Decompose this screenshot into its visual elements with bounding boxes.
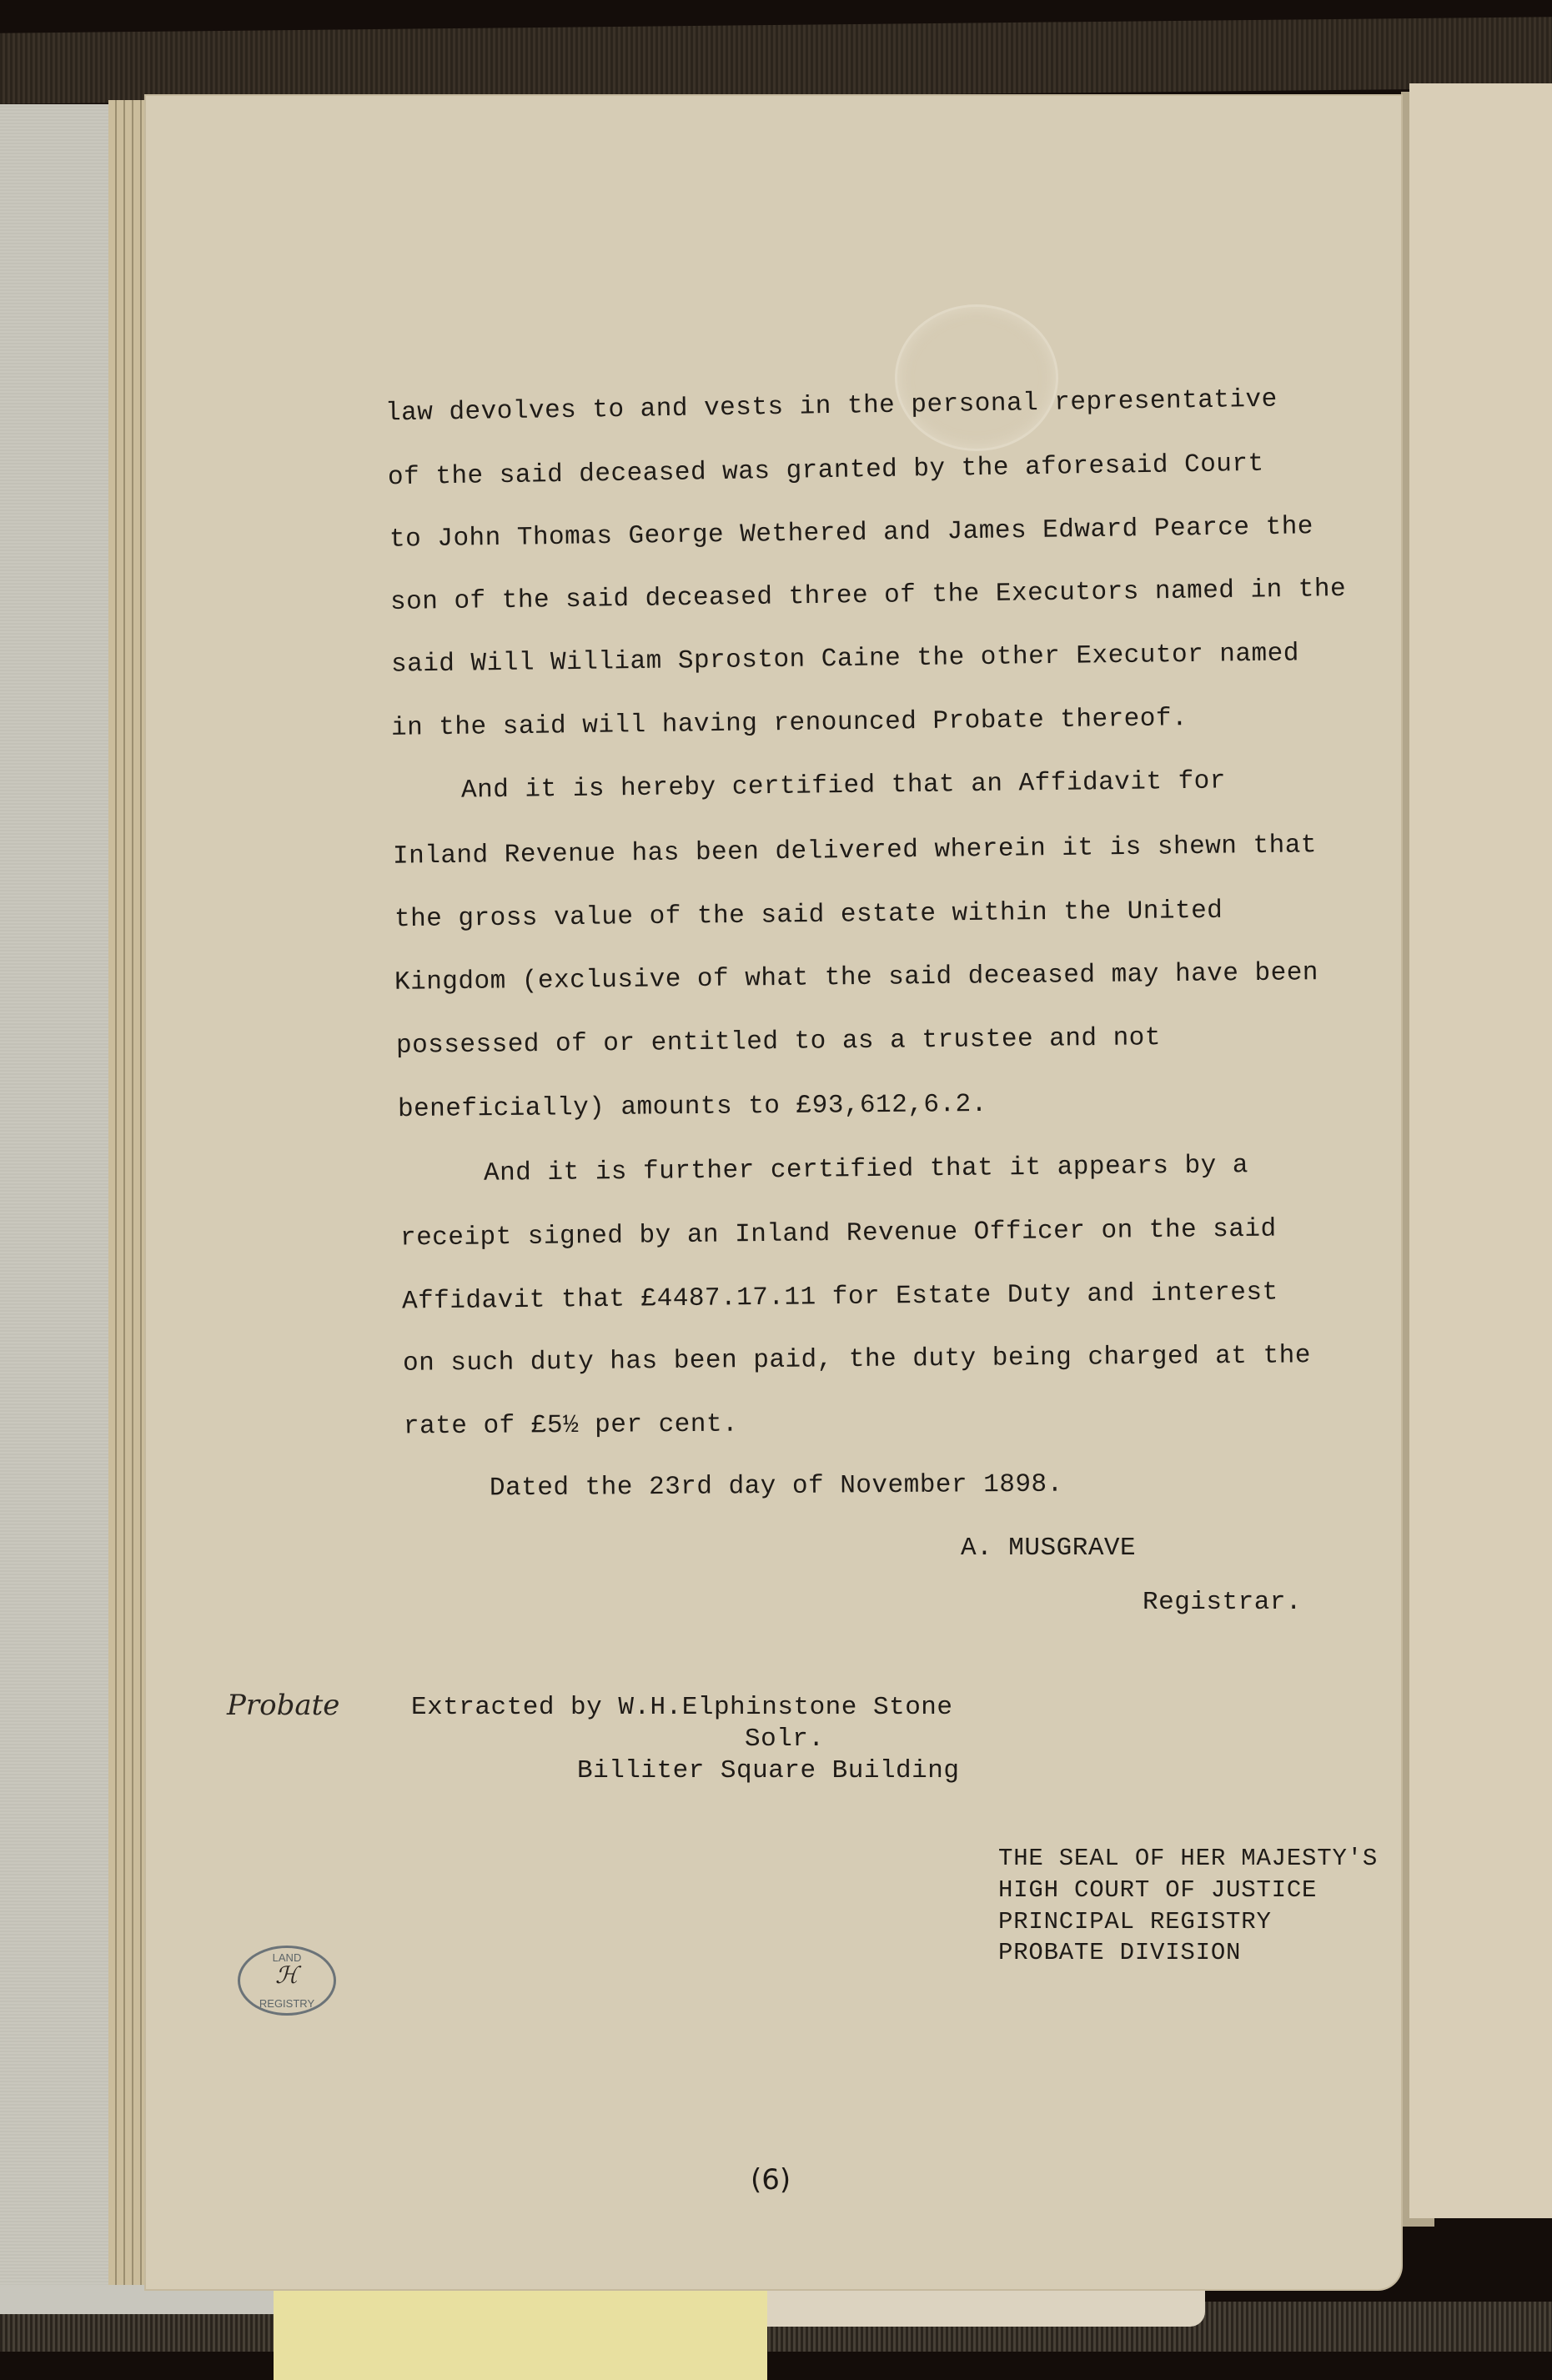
text-line: rate of £5½ per cent.: [404, 1410, 738, 1442]
seal-line: THE SEAL OF HER MAJESTY'S: [998, 1845, 1378, 1872]
seal-line: HIGH COURT OF JUSTICE: [998, 1876, 1317, 1904]
seal-line: PRINCIPAL REGISTRY: [998, 1908, 1272, 1936]
page-edges: [108, 100, 150, 2285]
signatory-title: Registrar.: [1143, 1588, 1302, 1617]
stamp-signature: ℋ: [275, 1961, 299, 1989]
yellow-tab: [274, 2282, 767, 2380]
margin-note-probate: Probate: [227, 1689, 339, 1722]
page-number: (6): [751, 2163, 791, 2197]
signatory-name: A. MUSGRAVE: [961, 1534, 1136, 1563]
extracted-address-line: Billiter Square Building: [577, 1756, 959, 1785]
embossed-seal-icon: [895, 304, 1058, 451]
book-spine-top: [0, 17, 1552, 103]
left-cloth-pane: [0, 104, 117, 2306]
extracted-by-line: Extracted by W.H.Elphinstone Stone: [411, 1693, 953, 1722]
stamp-bottom-text: REGISTRY: [240, 1997, 334, 2010]
land-registry-stamp-icon: LAND ℋ REGISTRY: [238, 1946, 336, 2016]
seal-line: PROBATE DIVISION: [998, 1939, 1241, 1966]
date-line: Dated the 23rd day of November 1898.: [490, 1470, 1063, 1504]
right-page: [1409, 83, 1552, 2218]
extracted-title-line: Solr.: [745, 1725, 825, 1754]
text-line: beneficially) amounts to £93,612,6.2.: [398, 1090, 987, 1124]
